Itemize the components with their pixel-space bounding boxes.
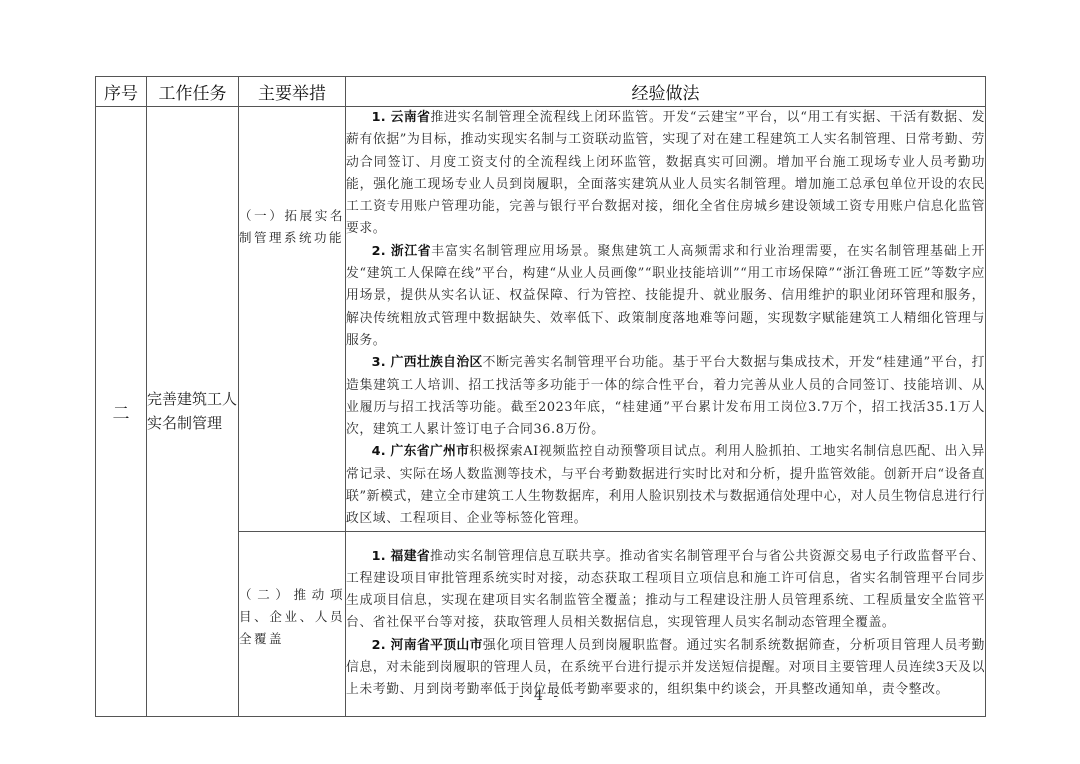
item-lead: 1. 云南省	[372, 110, 431, 125]
experience-table: 序号 工作任务 主要举措 经验做法 二 完善建筑工人实名制管理 （一）拓展实名制…	[95, 76, 986, 717]
experience-item: 4. 广东省广州市积极探索AI视频监控自动预警项目试点。利用人脸抓拍、工地实名制…	[346, 441, 985, 530]
table-header-row: 序号 工作任务 主要举措 经验做法	[96, 77, 986, 107]
row-task: 完善建筑工人实名制管理	[147, 107, 239, 717]
header-seq: 序号	[96, 77, 147, 107]
header-task: 工作任务	[147, 77, 239, 107]
experience-item: 1. 福建省推动实名制管理信息互联共享。推动省实名制管理平台与省公共资源交易电子…	[346, 546, 985, 635]
header-measure: 主要举措	[239, 77, 346, 107]
header-experience: 经验做法	[346, 77, 986, 107]
item-text: 丰富实名制管理应用场景。聚焦建筑工人高频需求和行业治理需要，在实名制管理基础上开…	[346, 244, 985, 348]
item-lead: 3. 广西壮族自治区	[372, 355, 483, 370]
item-lead: 4. 广东省广州市	[372, 444, 470, 459]
item-text: 推进实名制管理全流程线上闭环监管。开发“云建宝”平台，以“用工有实据、干活有数据…	[346, 110, 985, 236]
item-lead: 2. 河南省平顶山市	[372, 638, 483, 653]
experience-cell: 1. 云南省推进实名制管理全流程线上闭环监管。开发“云建宝”平台，以“用工有实据…	[346, 107, 986, 532]
table-row: 二 完善建筑工人实名制管理 （一）拓展实名制管理系统功能 1. 云南省推进实名制…	[96, 107, 986, 532]
measure-label: （一）拓展实名制管理系统功能	[239, 107, 346, 532]
document-page: 序号 工作任务 主要举措 经验做法 二 完善建筑工人实名制管理 （一）拓展实名制…	[0, 0, 1080, 764]
item-lead: 2. 浙江省	[372, 244, 432, 259]
experience-item: 2. 浙江省丰富实名制管理应用场景。聚焦建筑工人高频需求和行业治理需要，在实名制…	[346, 241, 985, 352]
item-lead: 1. 福建省	[372, 549, 430, 564]
row-seq: 二	[96, 107, 147, 717]
item-text: 推动实名制管理信息互联共享。推动省实名制管理平台与省公共资源交易电子行政监督平台…	[346, 549, 985, 631]
experience-item: 1. 云南省推进实名制管理全流程线上闭环监管。开发“云建宝”平台，以“用工有实据…	[346, 107, 985, 241]
page-number: - 4 -	[0, 688, 1080, 704]
experience-item: 3. 广西壮族自治区不断完善实名制管理平台功能。基于平台大数据与集成技术，开发“…	[346, 352, 985, 441]
